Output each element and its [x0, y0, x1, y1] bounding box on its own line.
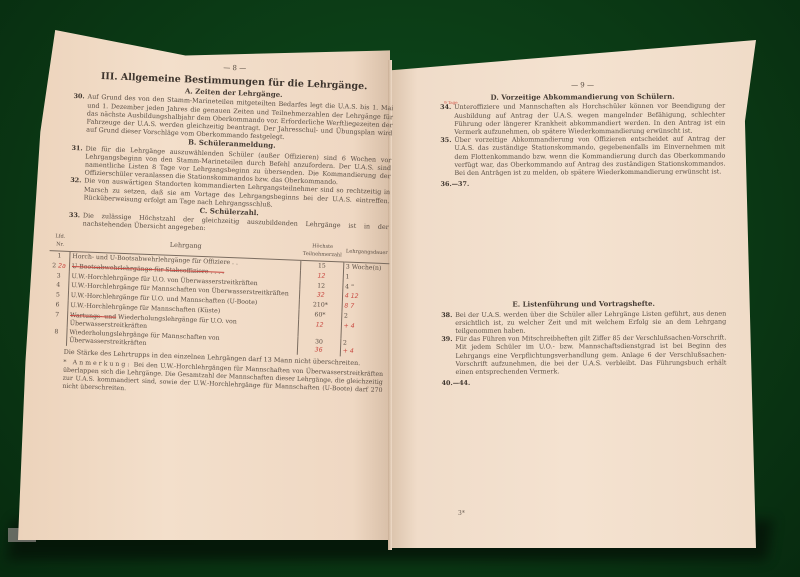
header-count: Höchste Teilnehmerzahl [301, 239, 345, 262]
paragraph-text: Bei der U.A.S. werden über die Schüler a… [455, 309, 726, 335]
handwritten-annotation: + 4 [342, 348, 353, 355]
paragraph-34: 9 Tage 34. Unteroffiziere und Mannschaft… [440, 102, 725, 136]
paragraph-number: 32. [70, 176, 85, 201]
handwritten-annotation: 9 Tage [444, 99, 458, 107]
handwritten-annotation: + 4 [341, 321, 387, 340]
paragraph-39: 39. Für das Führen von Mitschreibheften … [441, 334, 726, 377]
handwritten-annotation: 2a [58, 262, 66, 269]
handwritten-annotation: 12 [298, 320, 342, 339]
paragraph-number: 35. [440, 136, 454, 177]
paragraph-number: 33. [68, 211, 83, 228]
paragraph-number: 31. [70, 144, 85, 177]
blank-space [441, 187, 727, 300]
paragraph-38: 38. Bei der U.A.S. werden über die Schül… [441, 309, 726, 335]
paragraph-text: Über vorzeitige Abkommandierung von Offi… [454, 135, 725, 177]
paragraph-35: 35. Über vorzeitige Abkommandierung von … [440, 135, 725, 178]
right-page-content: — 9 — D. Vorzeitige Abkommandierung von … [440, 81, 727, 388]
paragraph-text: Unteroffiziere und Mannschaften als Horc… [454, 102, 725, 136]
paragraph-number: 39. [441, 335, 455, 376]
paragraph-40-44: 40.—44. [442, 378, 727, 388]
paragraph-number: 34. [440, 103, 454, 136]
section-heading-e: E. Listenführung und Vortragshefte. [441, 300, 726, 310]
section-heading-d: D. Vorzeitige Abkommandierung von Schüle… [440, 93, 725, 103]
course-table: Lfd. Nr. Lehrgang Höchste Teilnehmerzahl… [46, 230, 390, 358]
header-nr: Lfd. Nr. [50, 230, 71, 252]
page-number: — 9 — [440, 81, 725, 91]
left-page-content: — 8 — III. Allgemeine Bestimmungen für d… [62, 58, 395, 403]
paragraph-text: Für das Führen von Mitschreibheften gilt… [455, 334, 726, 376]
handwritten-annotation: 36 [315, 347, 323, 354]
signature-mark: 3* [458, 510, 465, 517]
header-duration: Lehrgangsdauer [344, 241, 391, 264]
paragraph-number: 38. [441, 311, 455, 336]
